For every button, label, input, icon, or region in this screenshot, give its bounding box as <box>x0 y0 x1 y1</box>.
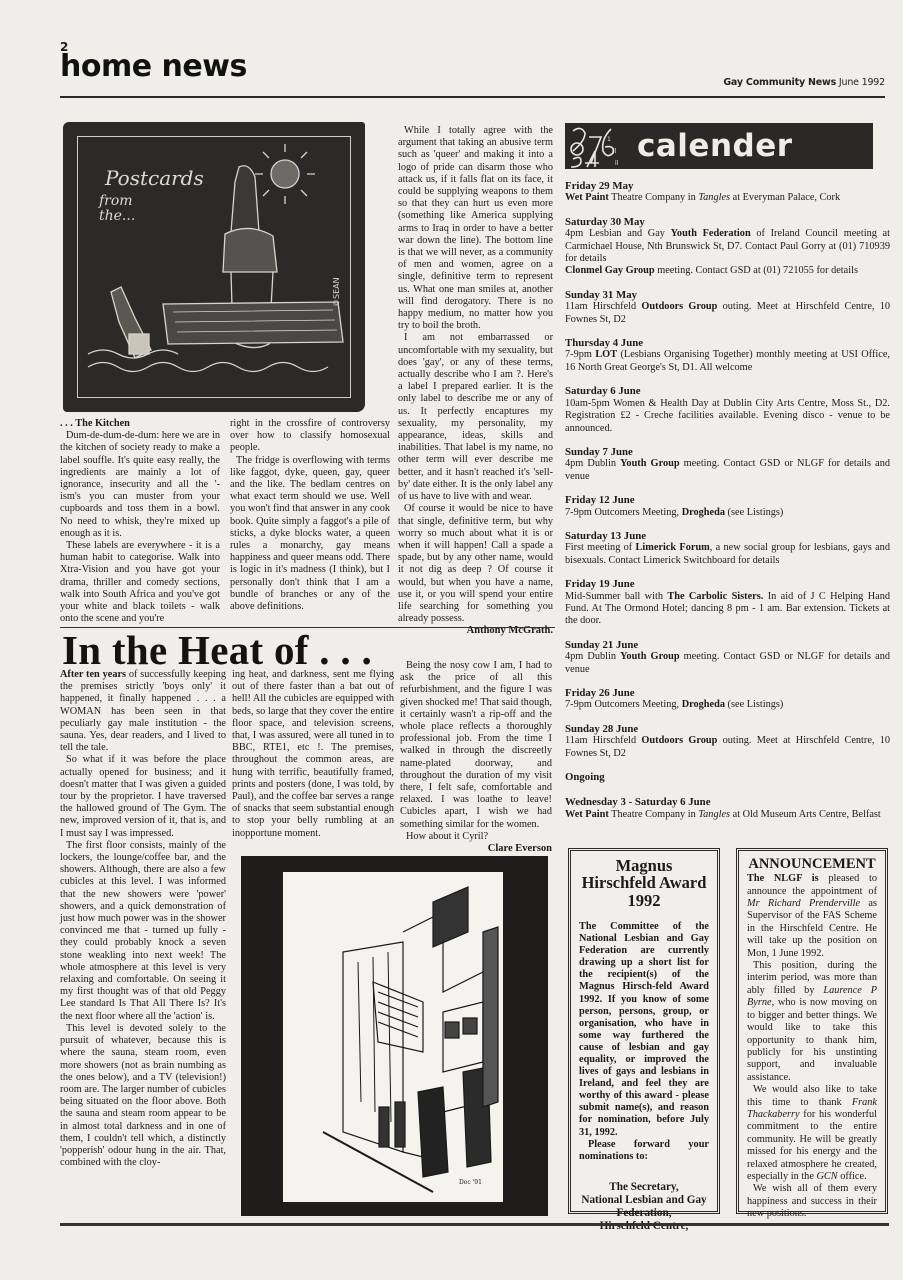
calendar-entry: Saturday 30 May4pm Lesbian and Gay Youth… <box>565 216 890 278</box>
calendar-numbers-graphic-icon: 1l ll l <box>567 123 627 169</box>
calendar-date: Thursday 4 June <box>565 337 890 349</box>
event-group: Wet Paint <box>565 192 609 203</box>
calendar-event: Clonmel Gay Group meeting. Contact GSD a… <box>565 265 890 277</box>
event-group: Outdoors Group <box>641 735 717 746</box>
heat-paragraph: Being the nosy cow I am, I had to ask th… <box>400 660 552 831</box>
person-name: Mr Richard Prenderville <box>747 898 860 909</box>
calendar-ongoing-label: Ongoing <box>565 771 890 783</box>
calendar-event: 4pm Dublin Youth Group meeting. Contact … <box>565 458 890 483</box>
event-group: Outdoors Group <box>641 301 717 312</box>
announcement-lead: The NLGF is <box>747 873 819 884</box>
gcn-name: GCN <box>816 1171 837 1182</box>
event-text: Theatre Company in <box>609 809 699 820</box>
calendar-entry: Sunday 21 June4pm Dublin Youth Group mee… <box>565 639 890 676</box>
heat-paragraph: ing heat, and darkness, sent me flying o… <box>232 669 394 840</box>
event-group: LOT <box>595 349 617 360</box>
kitchen-article-col3: While I totally agree with the argument … <box>398 125 553 638</box>
calendar-date: Saturday 6 June <box>565 385 890 397</box>
issue-date: June 1992 <box>839 77 885 88</box>
event-group: Youth Group <box>620 458 679 469</box>
chef-sun-drawing-icon: ©SEAN <box>63 122 365 412</box>
svg-text:l l: l l <box>615 160 619 167</box>
event-group: Drogheda <box>682 507 725 518</box>
calendar-entry: Thursday 4 June7-9pm LOT (Lesbians Organ… <box>565 337 890 374</box>
footer-rule <box>60 1223 889 1226</box>
illustration-signature: ©SEAN <box>332 277 341 307</box>
calendar-entry: Wednesday 3 - Saturday 6 JuneWet Paint T… <box>565 796 890 821</box>
event-text: meeting. Contact GSD at (01) 721055 for … <box>655 265 858 276</box>
heat-headline: In the Heat of . . . <box>62 630 372 671</box>
calendar-date: Sunday 31 May <box>565 289 890 301</box>
drawing-signature: Dec '91 <box>459 1179 482 1186</box>
calendar-entry: Friday 19 JuneMid-Summer ball with The C… <box>565 578 890 628</box>
address-line: National Lesbian and Gay Federation, <box>579 1194 709 1220</box>
event-title: Tangles <box>698 809 730 820</box>
calendar-entry: Sunday 31 May11am Hirschfeld Outdoors Gr… <box>565 289 890 326</box>
calendar-entry: Saturday 6 June10am-5pm Women & Health D… <box>565 385 890 435</box>
event-text: at Old Museum Arts Centre, Belfast <box>730 809 881 820</box>
address-line: The Secretary, <box>579 1181 709 1194</box>
event-text: 11am Hirschfeld <box>565 301 641 312</box>
announcement-paragraph: The NLGF is pleased to announce the appo… <box>747 873 877 960</box>
calendar-date: Wednesday 3 - Saturday 6 June <box>565 796 890 808</box>
calendar-event: 11am Hirschfeld Outdoors Group outing. M… <box>565 735 890 760</box>
kitchen-kicker: . . . The Kitchen <box>60 418 220 430</box>
calendar-event: Wet Paint Theatre Company in Tangles at … <box>565 192 890 204</box>
heat-paragraph: The first floor consists, mainly of the … <box>60 840 226 1023</box>
text-span: office. <box>838 1171 867 1182</box>
event-text: First meeting of <box>565 542 636 553</box>
calendar-title: calender <box>637 126 793 166</box>
event-group: The Carbolic Sisters. <box>667 591 763 602</box>
heat-lead-text: of successfully keeping the premises str… <box>60 669 226 753</box>
calendar-entry: Friday 26 June7-9pm Outcomers Meeting, D… <box>565 687 890 712</box>
event-text: 7-9pm <box>565 349 595 360</box>
heat-paragraph: So what if it was before the place actua… <box>60 754 226 839</box>
calendar-entry: Friday 12 June7-9pm Outcomers Meeting, D… <box>565 494 890 519</box>
calendar-date: Friday 19 June <box>565 578 890 590</box>
event-group: Wet Paint <box>565 809 609 820</box>
kitchen-paragraph: Dum-de-dum-de-dum: here we are in the ki… <box>60 430 220 540</box>
calendar-date: Saturday 13 June <box>565 530 890 542</box>
event-text: 10am-5pm Women & Health Day at Dublin Ci… <box>565 398 890 434</box>
calendar-entry: Friday 29 MayWet Paint Theatre Company i… <box>565 180 890 205</box>
announcement-paragraph: We wish all of them every happiness and … <box>747 1183 877 1220</box>
heat-article-col3: Being the nosy cow I am, I had to ask th… <box>400 660 552 855</box>
event-text: 11am Hirschfeld <box>565 735 641 746</box>
calendar-list: Friday 29 MayWet Paint Theatre Company i… <box>565 180 890 832</box>
building-drawing-icon: Dec '91 <box>283 872 503 1202</box>
publication-name: Gay Community News <box>723 77 836 88</box>
magnus-body: The Committee of the National Lesbian an… <box>579 921 709 1139</box>
heat-paragraph: This level is devoted solely to the purs… <box>60 1023 226 1169</box>
calendar-banner: 1l ll l calender <box>565 123 873 169</box>
calendar-entry: Sunday 28 June11am Hirschfeld Outdoors G… <box>565 723 890 760</box>
heat-byline: Clare Everson <box>400 843 552 855</box>
calendar-date: Saturday 30 May <box>565 216 890 228</box>
newspaper-page: 2 home news Gay Community News June 1992… <box>0 0 903 1280</box>
kitchen-paragraph: While I totally agree with the argument … <box>398 125 553 332</box>
heat-article-col1: After ten years of successfully keeping … <box>60 669 226 1169</box>
event-group: Drogheda <box>682 699 725 710</box>
calendar-entry: Sunday 7 June4pm Dublin Youth Group meet… <box>565 446 890 483</box>
event-text: (see Listings) <box>725 699 783 710</box>
kitchen-paragraph: The fridge is overflowing with terms lik… <box>230 455 390 614</box>
event-text: 4pm Dublin <box>565 458 620 469</box>
calendar-event: 7-9pm Outcomers Meeting, Drogheda (see L… <box>565 699 890 711</box>
kitchen-article-col1: . . . The Kitchen Dum-de-dum-de-dum: her… <box>60 418 220 625</box>
calendar-event: 7-9pm Outcomers Meeting, Drogheda (see L… <box>565 507 890 519</box>
kitchen-paragraph: right in the crossfire of controversy ov… <box>230 418 390 455</box>
calendar-event: Mid-Summer ball with The Carbolic Sister… <box>565 591 890 628</box>
magnus-hirschfeld-award-box: Magnus Hirschfeld Award 1992 The Committ… <box>568 848 720 1214</box>
heat-article-col2: ing heat, and darkness, sent me flying o… <box>232 669 394 840</box>
svg-text:l l: l l <box>613 148 617 155</box>
calendar-event: 4pm Lesbian and Gay Youth Federation of … <box>565 228 890 265</box>
text-span: , who is now moving on to bigger and bet… <box>747 997 877 1082</box>
heat-lead: After ten years <box>60 669 126 680</box>
event-group: Clonmel Gay Group <box>565 265 655 276</box>
header-rule <box>60 96 885 98</box>
calendar-event: 10am-5pm Women & Health Day at Dublin Ci… <box>565 398 890 435</box>
kitchen-paragraph: Of course it would be nice to have that … <box>398 503 553 625</box>
event-text: 7-9pm Outcomers Meeting, <box>565 699 682 710</box>
calendar-date: Sunday 21 June <box>565 639 890 651</box>
calendar-event: First meeting of Limerick Forum, a new s… <box>565 542 890 567</box>
kitchen-paragraph: I am not embarrassed or uncomfortable wi… <box>398 332 553 503</box>
event-text: (see Listings) <box>725 507 783 518</box>
event-text: at Everyman Palace, Cork <box>730 192 840 203</box>
heat-paragraph: How about it Cyril? <box>400 831 552 843</box>
calendar-date: Friday 12 June <box>565 494 890 506</box>
announcement-paragraph: We would also like to take this time to … <box>747 1084 877 1183</box>
postcards-illustration: Postcards from the... ©SEAN <box>63 122 365 412</box>
event-text: 7-9pm Outcomers Meeting, <box>565 507 682 518</box>
announcement-title: ANNOUNCEMENT <box>747 857 877 872</box>
calendar-date: Friday 29 May <box>565 180 890 192</box>
event-text: Theatre Company in <box>609 192 699 203</box>
section-title: home news <box>60 52 247 82</box>
masthead-publication: Gay Community News June 1992 <box>723 77 885 88</box>
heat-paragraph: After ten years of successfully keeping … <box>60 669 226 754</box>
calendar-event: Wet Paint Theatre Company in Tangles at … <box>565 809 890 821</box>
calendar-event: 4pm Dublin Youth Group meeting. Contact … <box>565 651 890 676</box>
calendar-date: Friday 26 June <box>565 687 890 699</box>
magnus-title: Magnus Hirschfeld Award 1992 <box>579 857 709 909</box>
magnus-forward: Please forward your nominations to: <box>579 1139 709 1163</box>
kitchen-paragraph: These labels are everywhere - it is a hu… <box>60 540 220 625</box>
calendar-event: 11am Hirschfeld Outdoors Group outing. M… <box>565 301 890 326</box>
announcement-box: ANNOUNCEMENT The NLGF is pleased to anno… <box>736 848 888 1214</box>
calendar-date: Sunday 28 June <box>565 723 890 735</box>
announcement-paragraph: This position, during the interim period… <box>747 960 877 1084</box>
building-illustration: Dec '91 <box>241 856 548 1216</box>
calendar-event: 7-9pm LOT (Lesbians Organising Together)… <box>565 349 890 374</box>
calendar-date: Sunday 7 June <box>565 446 890 458</box>
event-group: Youth Group <box>620 651 679 662</box>
event-title: Tangles <box>698 192 730 203</box>
kitchen-article-col2: right in the crossfire of controversy ov… <box>230 418 390 613</box>
event-group: Youth Federation <box>671 228 751 239</box>
calendar-entry: Saturday 13 JuneFirst meeting of Limeric… <box>565 530 890 567</box>
event-text: 4pm Dublin <box>565 651 620 662</box>
svg-text:1: 1 <box>607 136 611 143</box>
event-text: 4pm Lesbian and Gay <box>565 228 671 239</box>
event-text: Mid-Summer ball with <box>565 591 667 602</box>
event-group: Limerick Forum <box>636 542 710 553</box>
